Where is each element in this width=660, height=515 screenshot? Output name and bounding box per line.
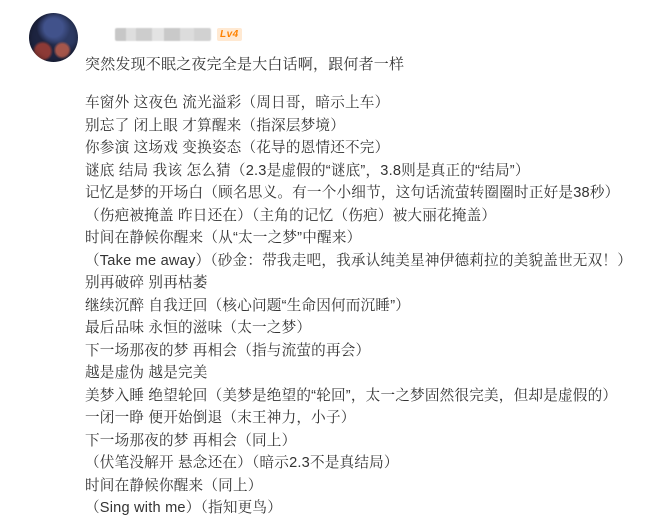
lyric-line: 别忘了 闭上眼 才算醒来（指深层梦境） (85, 115, 647, 138)
lyric-line: 别再破碎 别再枯萎 (85, 272, 647, 295)
post-content: 突然发现不眠之夜完全是大白话啊，跟何者一样 车窗外 这夜色 流光溢彩（周日哥，暗… (85, 54, 647, 515)
lyric-line: （Take me away）（砂金：带我走吧，我承认纯美星神伊德莉拉的美貌盖世无… (85, 250, 647, 273)
post-page: Lv4 突然发现不眠之夜完全是大白话啊，跟何者一样 车窗外 这夜色 流光溢彩（周… (0, 0, 660, 515)
lyric-line: 继续沉醉 自我迂回（核心问题“生命因何而沉睡”） (85, 295, 647, 318)
lyric-line: 下一场那夜的梦 再相会（指与流萤的再会） (85, 340, 647, 363)
lyric-line: 时间在静候你醒来（同上） (85, 475, 647, 498)
user-meta: Lv4 (115, 28, 242, 41)
username-blurred[interactable] (115, 28, 211, 41)
lyric-line: 记忆是梦的开场白（顾名思义。有一个小细节，这句话流萤转圈圈时正好是38秒） (85, 182, 647, 205)
lyric-line: （伤疤被掩盖 昨日还在）（主角的记忆（伤疤）被大丽花掩盖） (85, 205, 647, 228)
avatar[interactable] (29, 13, 78, 62)
lyric-line: 时间在静候你醒来（从“太一之梦”中醒来） (85, 227, 647, 250)
lyric-line: 车窗外 这夜色 流光溢彩（周日哥，暗示上车） (85, 92, 647, 115)
lyrics-list: 车窗外 这夜色 流光溢彩（周日哥，暗示上车） 别忘了 闭上眼 才算醒来（指深层梦… (85, 92, 647, 515)
lyric-line: （Sing with me）（指知更鸟） (85, 497, 647, 515)
level-badge: Lv4 (217, 28, 242, 41)
lyric-line: 谜底 结局 我该 怎么猜（2.3是虚假的“谜底”，3.8则是真正的“结局”） (85, 160, 647, 183)
lyric-line: 下一场那夜的梦 再相会（同上） (85, 430, 647, 453)
lyric-line: 你参演 这场戏 变换姿态（花导的恩情还不完） (85, 137, 647, 160)
lyric-line: （伏笔没解开 悬念还在）（暗示2.3不是真结局） (85, 452, 647, 475)
lyric-line: 最后品味 永恒的滋味（太一之梦） (85, 317, 647, 340)
post-intro-text: 突然发现不眠之夜完全是大白话啊，跟何者一样 (85, 54, 647, 76)
lyric-line: 一闭一睁 便开始倒退（末王神力，小子） (85, 407, 647, 430)
lyric-line: 美梦入睡 绝望轮回（美梦是绝望的“轮回”，太一之梦固然很完美，但却是虚假的） (85, 385, 647, 408)
lyric-line: 越是虚伪 越是完美 (85, 362, 647, 385)
